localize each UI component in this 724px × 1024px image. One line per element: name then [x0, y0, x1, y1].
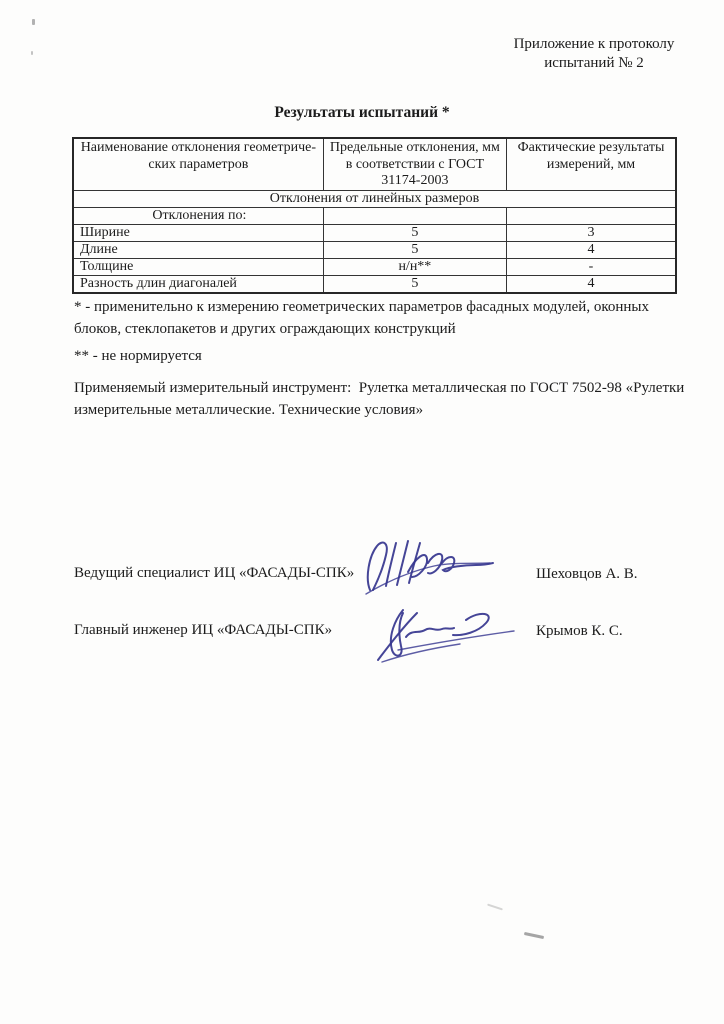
column-header-limit-line1: Предельные отклонения, мм: [328, 140, 502, 157]
param-cell: Длине: [73, 241, 323, 258]
scan-speck: [31, 51, 33, 55]
footnote-double-asterisk: ** - не нормируется: [74, 346, 680, 368]
scan-speck: [487, 904, 503, 911]
column-header-actual-line2: измерений, мм: [511, 157, 671, 174]
header-note-line2: испытаний № 2: [504, 54, 684, 73]
scan-speck: [524, 932, 544, 939]
limit-cell: н/н**: [323, 258, 506, 275]
signature-krymov-ink: [368, 604, 518, 666]
table-row: Толщине н/н** -: [73, 258, 676, 275]
column-header-limit-line2: в соответствии с ГОСТ: [328, 157, 502, 174]
section-row: Отклонения от линейных размеров: [73, 190, 676, 207]
signature-shekhovtsov-ink: [363, 533, 497, 599]
signature1-role: Ведущий специалист ИЦ «ФАСАДЫ-СПК»: [74, 565, 354, 582]
header-note-line1: Приложение к протоколу: [504, 35, 684, 54]
limit-cell: 5: [323, 275, 506, 293]
param-cell: Толщине: [73, 258, 323, 275]
scan-speck: [32, 19, 35, 25]
limit-cell: [323, 207, 506, 224]
signature2-name: Крымов К. С.: [536, 623, 623, 640]
column-header-parameter: Наименование отклонения геометриче- ских…: [73, 138, 323, 190]
actual-cell: 3: [507, 224, 676, 241]
column-header-actual: Фактические результаты измерений, мм: [507, 138, 676, 190]
limit-cell: 5: [323, 224, 506, 241]
limit-cell: 5: [323, 241, 506, 258]
param-cell: Разность длин диагоналей: [73, 275, 323, 293]
actual-cell: 4: [507, 275, 676, 293]
actual-cell: -: [507, 258, 676, 275]
table-row: Разность длин диагоналей 5 4: [73, 275, 676, 293]
column-header-parameter-line2: ских параметров: [78, 157, 319, 174]
footnote-asterisk: * - применительно к измерению геометриче…: [74, 297, 680, 340]
table-header-row: Наименование отклонения геометриче- ских…: [73, 138, 676, 190]
signature1-name: Шеховцов А. В.: [536, 566, 638, 583]
document-page: Приложение к протоколу испытаний № 2 Рез…: [0, 0, 724, 1024]
table-row: Ширине 5 3: [73, 224, 676, 241]
results-table: Наименование отклонения геометриче- ских…: [72, 137, 677, 294]
param-cell: Отклонения по:: [73, 207, 323, 224]
header-note: Приложение к протоколу испытаний № 2: [504, 35, 684, 73]
column-header-parameter-line1: Наименование отклонения геометриче-: [78, 140, 319, 157]
table-row: Отклонения по:: [73, 207, 676, 224]
section-row-label: Отклонения от линейных размеров: [73, 190, 676, 207]
column-header-actual-line1: Фактические результаты: [511, 140, 671, 157]
column-header-limit: Предельные отклонения, мм в соответствии…: [323, 138, 506, 190]
signature2-role: Главный инженер ИЦ «ФАСАДЫ-СПК»: [74, 622, 332, 639]
param-cell: Ширине: [73, 224, 323, 241]
page-title: Результаты испытаний *: [0, 104, 724, 122]
actual-cell: 4: [507, 241, 676, 258]
instrument-note: Применяемый измерительный инструмент: Ру…: [74, 378, 696, 421]
actual-cell: [507, 207, 676, 224]
column-header-limit-line3: 31174-2003: [328, 173, 502, 190]
table-row: Длине 5 4: [73, 241, 676, 258]
